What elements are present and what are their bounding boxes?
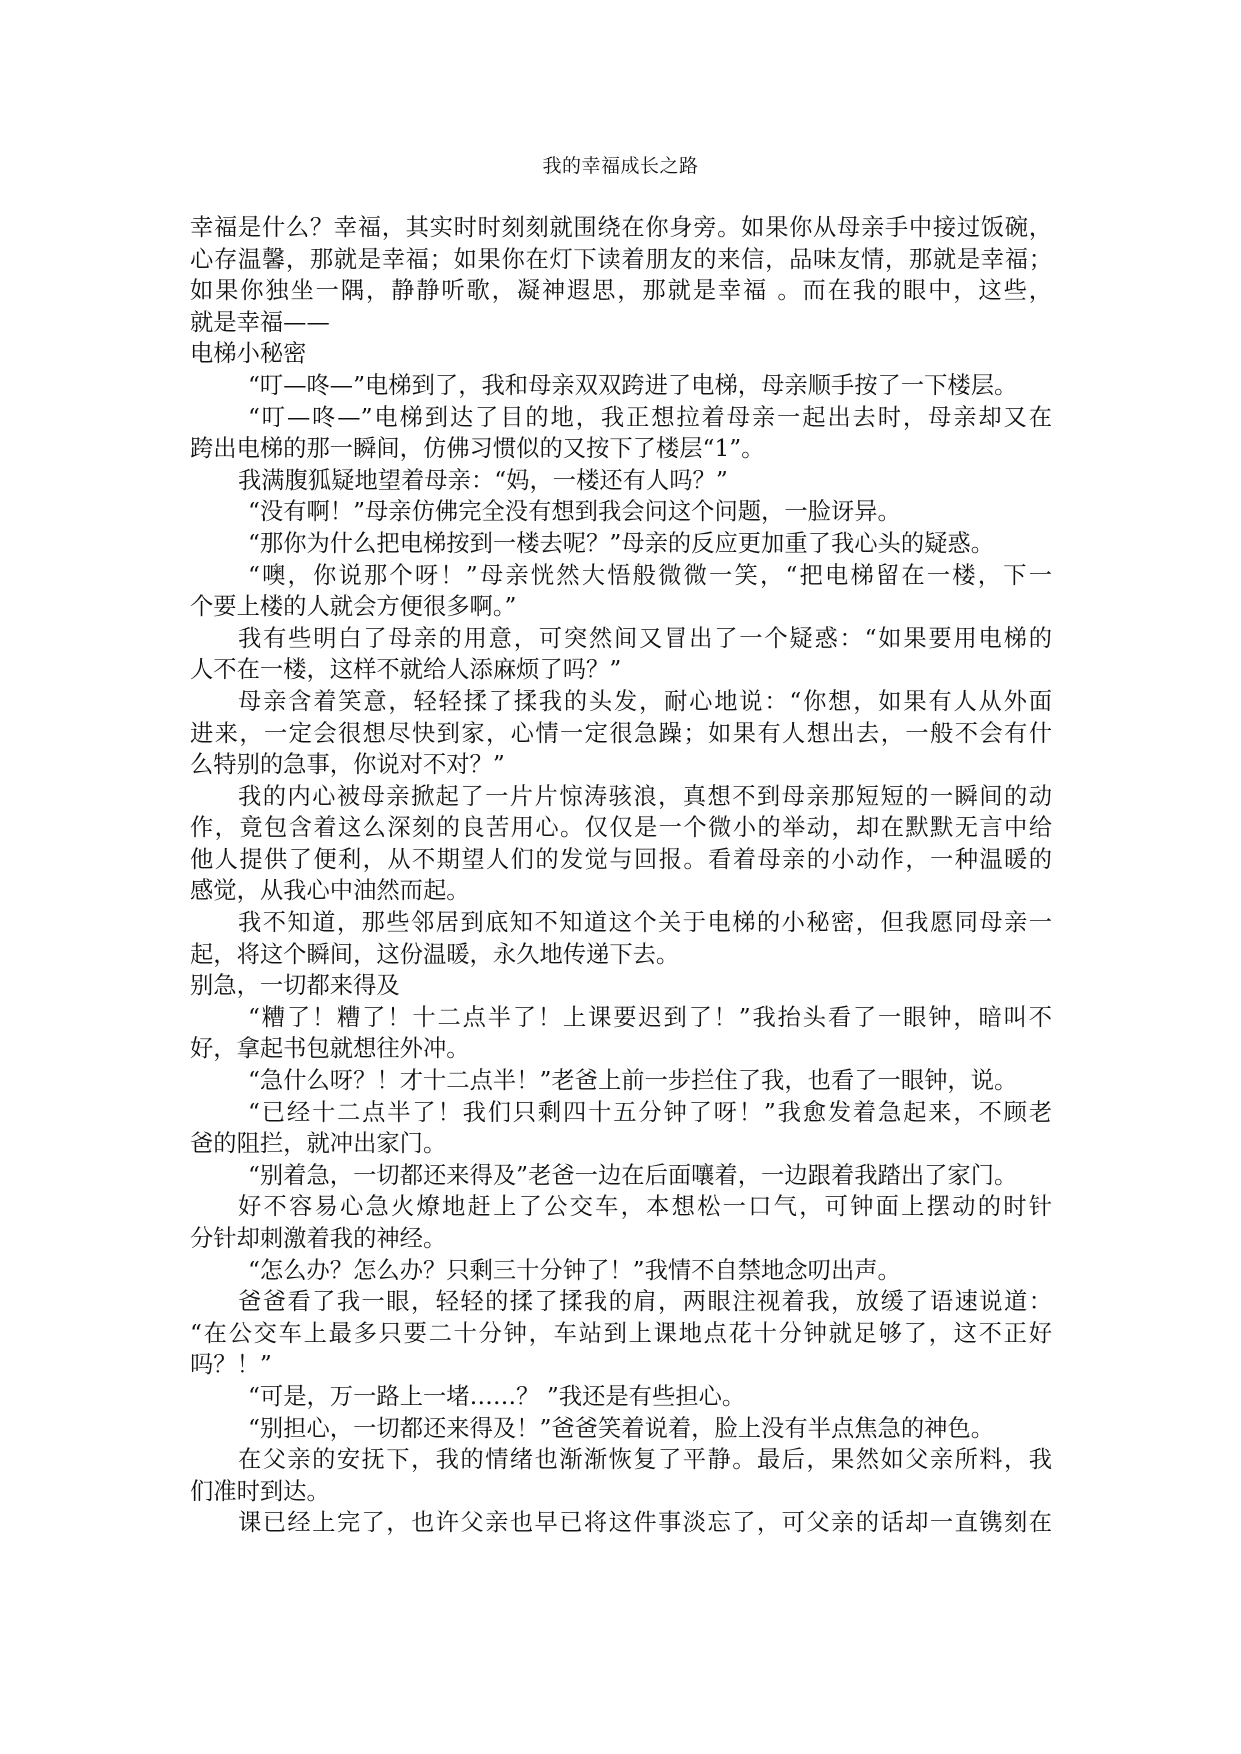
text-line: 感觉，从我心中油然而起。 (190, 875, 1052, 907)
document-body: 幸福是什么？幸福，其实时时刻刻就围绕在你身旁。如果你从母亲手中接过饭碗，心存温馨… (190, 212, 1052, 1539)
text-line: “没有啊！”母亲仿佛完全没有想到我会问这个问题，一脸讶异。 (190, 496, 1052, 528)
text-line: “怎么办？怎么办？只剩三十分钟了！”我情不自禁地念叨出声。 (190, 1255, 1052, 1287)
text-line: “急什么呀？！才十二点半！”老爸上前一步拦住了我，也看了一眼钟，说。 (190, 1065, 1052, 1097)
document-title: 我的幸福成长之路 (0, 152, 1241, 180)
text-line: “可是，万一路上一堵……？ ”我还是有些担心。 (190, 1381, 1052, 1413)
text-line: “已经十二点半了！我们只剩四十五分钟了呀！”我愈发着急起来，不顾老 (190, 1097, 1052, 1129)
text-line: 个要上楼的人就会方便很多啊。” (190, 591, 1052, 623)
text-line: 爸爸看了我一眼，轻轻的揉了揉我的肩，两眼注视着我，放缓了语速说道： (190, 1286, 1052, 1318)
text-line: 分针却刺激着我的神经。 (190, 1223, 1052, 1255)
text-line: “别着急，一切都还来得及”老爸一边在后面嚷着，一边跟着我踏出了家门。 (190, 1160, 1052, 1192)
text-line: 爸的阻拦，就冲出家门。 (190, 1128, 1052, 1160)
text-line: 心存温馨，那就是幸福；如果你在灯下读着朋友的来信，品味友情，那就是幸福； (190, 244, 1052, 276)
text-line: “那你为什么把电梯按到一楼去呢？”母亲的反应更加重了我心头的疑惑。 (190, 528, 1052, 560)
text-line: 他人提供了便利，从不期望人们的发觉与回报。看着母亲的小动作，一种温暖的 (190, 844, 1052, 876)
text-line: “噢，你说那个呀！”母亲恍然大悟般微微一笑，“把电梯留在一楼，下一 (190, 560, 1052, 592)
text-line: 好不容易心急火燎地赶上了公交车，本想松一口气，可钟面上摆动的时针 (190, 1191, 1052, 1223)
text-line: “糟了！糟了！十二点半了！上课要迟到了！”我抬头看了一眼钟，暗叫不 (190, 1002, 1052, 1034)
text-line: “在公交车上最多只要二十分钟，车站到上课地点花十分钟就足够了，这不正好 (190, 1318, 1052, 1350)
text-line: 我有些明白了母亲的用意，可突然间又冒出了一个疑惑：“如果要用电梯的 (190, 623, 1052, 655)
text-line: 母亲含着笑意，轻轻揉了揉我的头发，耐心地说：“你想，如果有人从外面 (190, 686, 1052, 718)
text-line: 好，拿起书包就想往外冲。 (190, 1033, 1052, 1065)
text-line: “别担心，一切都还来得及！”爸爸笑着说着，脸上没有半点焦急的神色。 (190, 1413, 1052, 1445)
text-line: 人不在一楼，这样不就给人添麻烦了吗？” (190, 654, 1052, 686)
text-line: 进来，一定会很想尽快到家，心情一定很急躁；如果有人想出去，一般不会有什 (190, 718, 1052, 750)
text-line: 就是幸福—— (190, 307, 1052, 339)
text-line: 我的内心被母亲掀起了一片片惊涛骇浪，真想不到母亲那短短的一瞬间的动 (190, 781, 1052, 813)
text-line: 作，竟包含着这么深刻的良苦用心。仅仅是一个微小的举动，却在默默无言中给 (190, 812, 1052, 844)
document-page: 我的幸福成长之路 幸福是什么？幸福，其实时时刻刻就围绕在你身旁。如果你从母亲手中… (0, 0, 1241, 1754)
text-line: “叮—咚—”电梯到达了目的地，我正想拉着母亲一起出去时，母亲却又在 (190, 402, 1052, 434)
text-line: 电梯小秘密 (190, 338, 1052, 370)
text-line: 跨出电梯的那一瞬间，仿佛习惯似的又按下了楼层“1”。 (190, 433, 1052, 465)
text-line: 么特别的急事，你说对不对？” (190, 749, 1052, 781)
text-line: “叮—咚—”电梯到了，我和母亲双双跨进了电梯，母亲顺手按了一下楼层。 (190, 370, 1052, 402)
text-line: 们准时到达。 (190, 1476, 1052, 1508)
text-line: 如果你独坐一隅，静静听歌，凝神遐思，那就是幸福 。而在我的眼中，这些， (190, 275, 1052, 307)
text-line: 我满腹狐疑地望着母亲：“妈，一楼还有人吗？” (190, 465, 1052, 497)
text-line: 别急，一切都来得及 (190, 970, 1052, 1002)
text-line: 我不知道，那些邻居到底知不知道这个关于电梯的小秘密，但我愿同母亲一 (190, 907, 1052, 939)
text-line: 课已经上完了，也许父亲也早已将这件事淡忘了，可父亲的话却一直镌刻在 (190, 1507, 1052, 1539)
text-line: 吗？！” (190, 1349, 1052, 1381)
text-line: 在父亲的安抚下，我的情绪也渐渐恢复了平静。最后，果然如父亲所料，我 (190, 1444, 1052, 1476)
text-line: 幸福是什么？幸福，其实时时刻刻就围绕在你身旁。如果你从母亲手中接过饭碗， (190, 212, 1052, 244)
text-line: 起，将这个瞬间，这份温暖，永久地传递下去。 (190, 939, 1052, 971)
